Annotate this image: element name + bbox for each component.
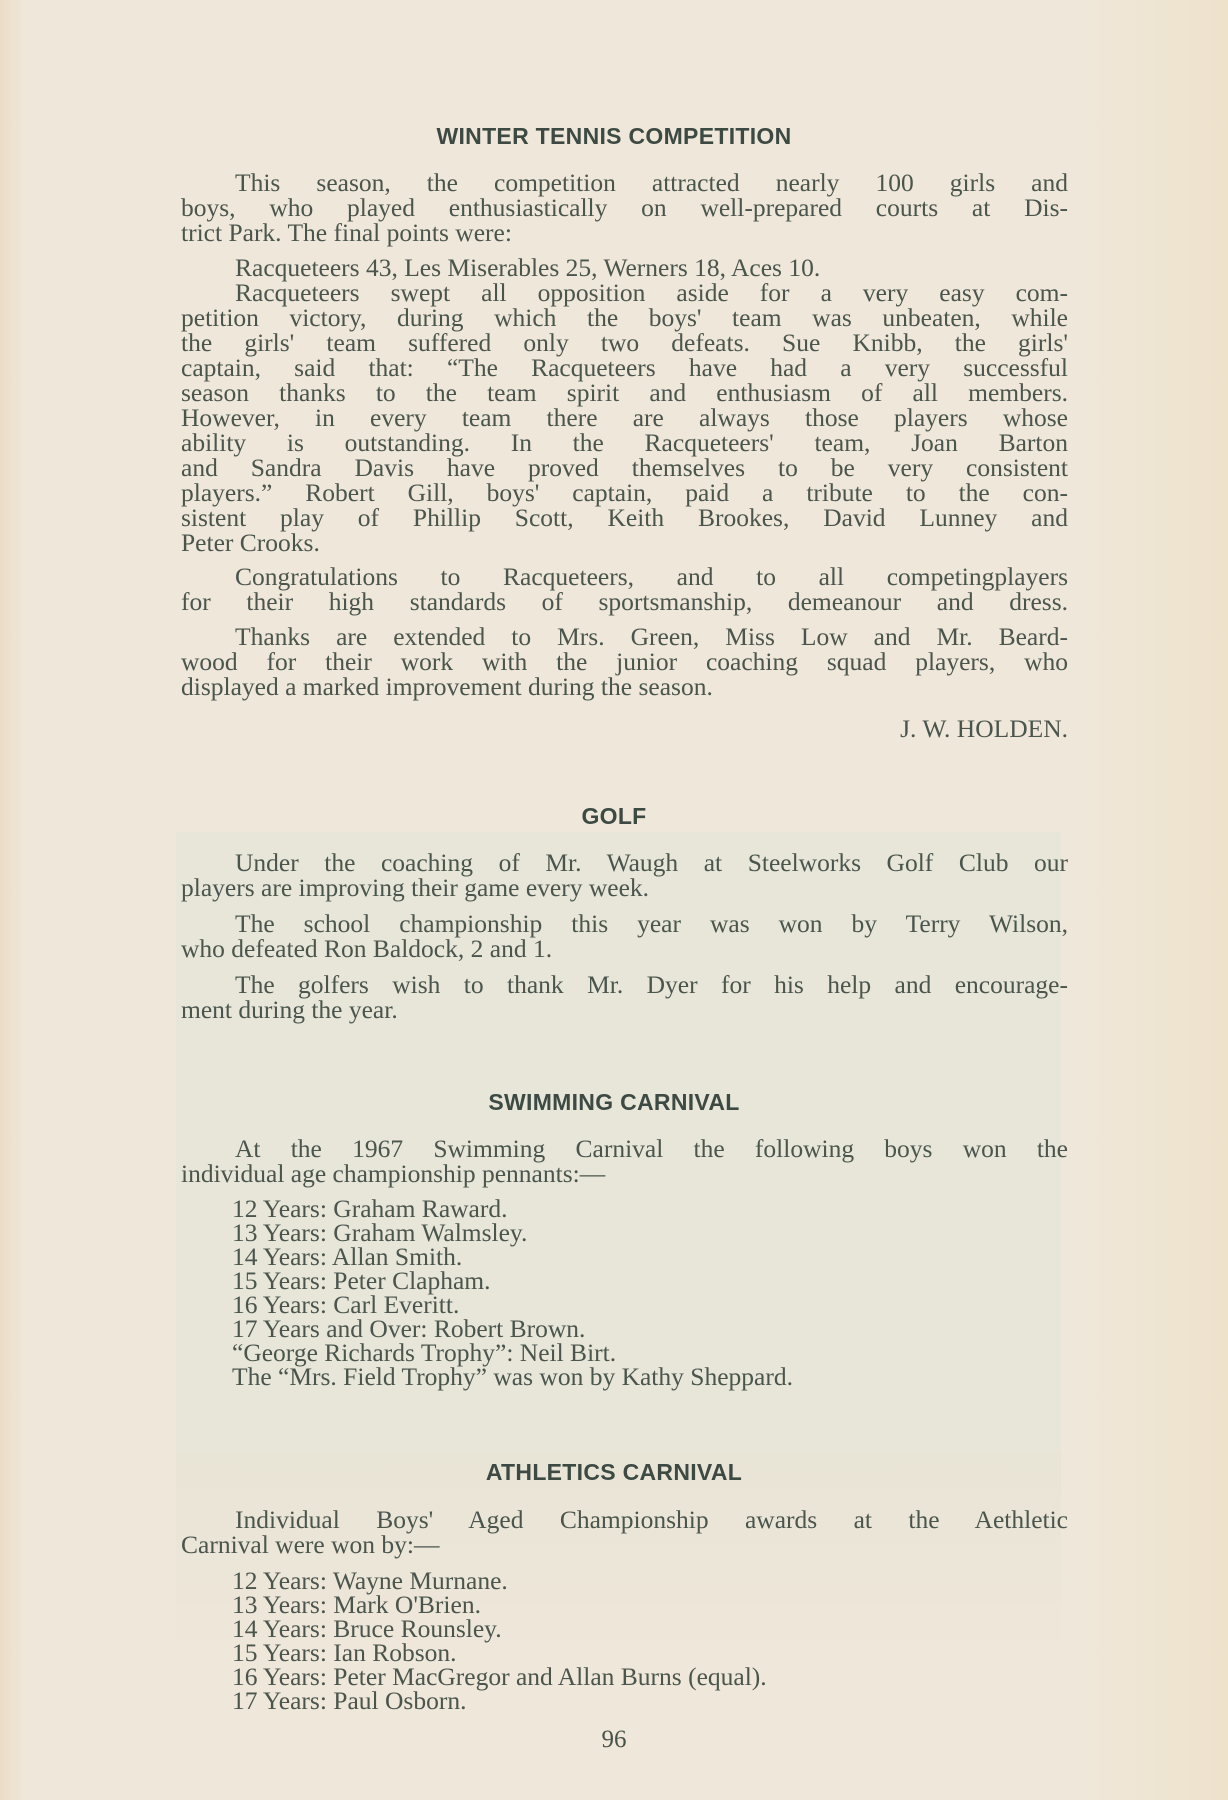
author-signature: J. W. HOLDEN. [900,716,1068,741]
text-line: players are improving their game every w… [181,875,649,900]
text-line: displayed a marked improvement during th… [181,674,713,699]
text-line: Congratulations to Racqueteers, and to a… [235,564,1068,589]
text-line: This season, the competition attracted n… [235,170,1068,195]
section-heading: ATHLETICS CARNIVAL [0,1459,1228,1486]
text-line: trict Park. The final points were: [181,220,512,245]
list-item: 17 Years: Paul Osborn. [232,1688,466,1713]
text-line: At the 1967 Swimming Carnival the follow… [235,1136,1068,1161]
text-line: the girls' team suffered only two defeat… [181,330,1068,355]
text-line: ment during the year. [181,997,398,1022]
text-line: However, in every team there are always … [181,405,1068,430]
text-line: and Sandra Davis have proved themselves … [181,455,1068,480]
text-line: sistent play of Phillip Scott, Keith Bro… [181,505,1068,530]
page-edge-right [1088,0,1228,1800]
text-line: boys, who played enthusiastically on wel… [181,195,1068,220]
text-line: petition victory, during which the boys'… [181,305,1068,330]
text-line: Carnival were won by:— [181,1532,439,1557]
text-line: Peter Crooks. [181,530,320,555]
page-edge-left [0,0,22,1800]
text-line: The school championship this year was wo… [235,911,1068,936]
text-line: The golfers wish to thank Mr. Dyer for h… [235,972,1068,997]
text-line: players.” Robert Gill, boys' captain, pa… [181,480,1068,505]
section-heading: GOLF [0,803,1228,830]
text-line: wood for their work with the junior coac… [181,649,1068,674]
text-line: Racqueteers swept all opposition aside f… [235,280,1068,305]
section-heading: SWIMMING CARNIVAL [0,1089,1228,1116]
text-line: captain, said that: “The Racqueteers hav… [181,355,1068,380]
text-line: for their high standards of sportsmanshi… [181,589,1068,614]
page-number: 96 [0,1726,1228,1754]
text-line: season thanks to the team spirit and ent… [181,380,1068,405]
list-item: The “Mrs. Field Trophy” was won by Kathy… [232,1364,793,1389]
text-line: who defeated Ron Baldock, 2 and 1. [181,936,552,961]
text-line: Under the coaching of Mr. Waugh at Steel… [235,850,1068,875]
text-line: individual age championship pennants:— [181,1161,605,1186]
text-line: Individual Boys' Aged Championship award… [235,1507,1068,1532]
text-line: Racqueteers 43, Les Miserables 25, Werne… [235,255,820,280]
text-line: Thanks are extended to Mrs. Green, Miss … [235,624,1068,649]
text-line: ability is outstanding. In the Racquetee… [181,430,1068,455]
section-heading: WINTER TENNIS COMPETITION [0,123,1228,150]
